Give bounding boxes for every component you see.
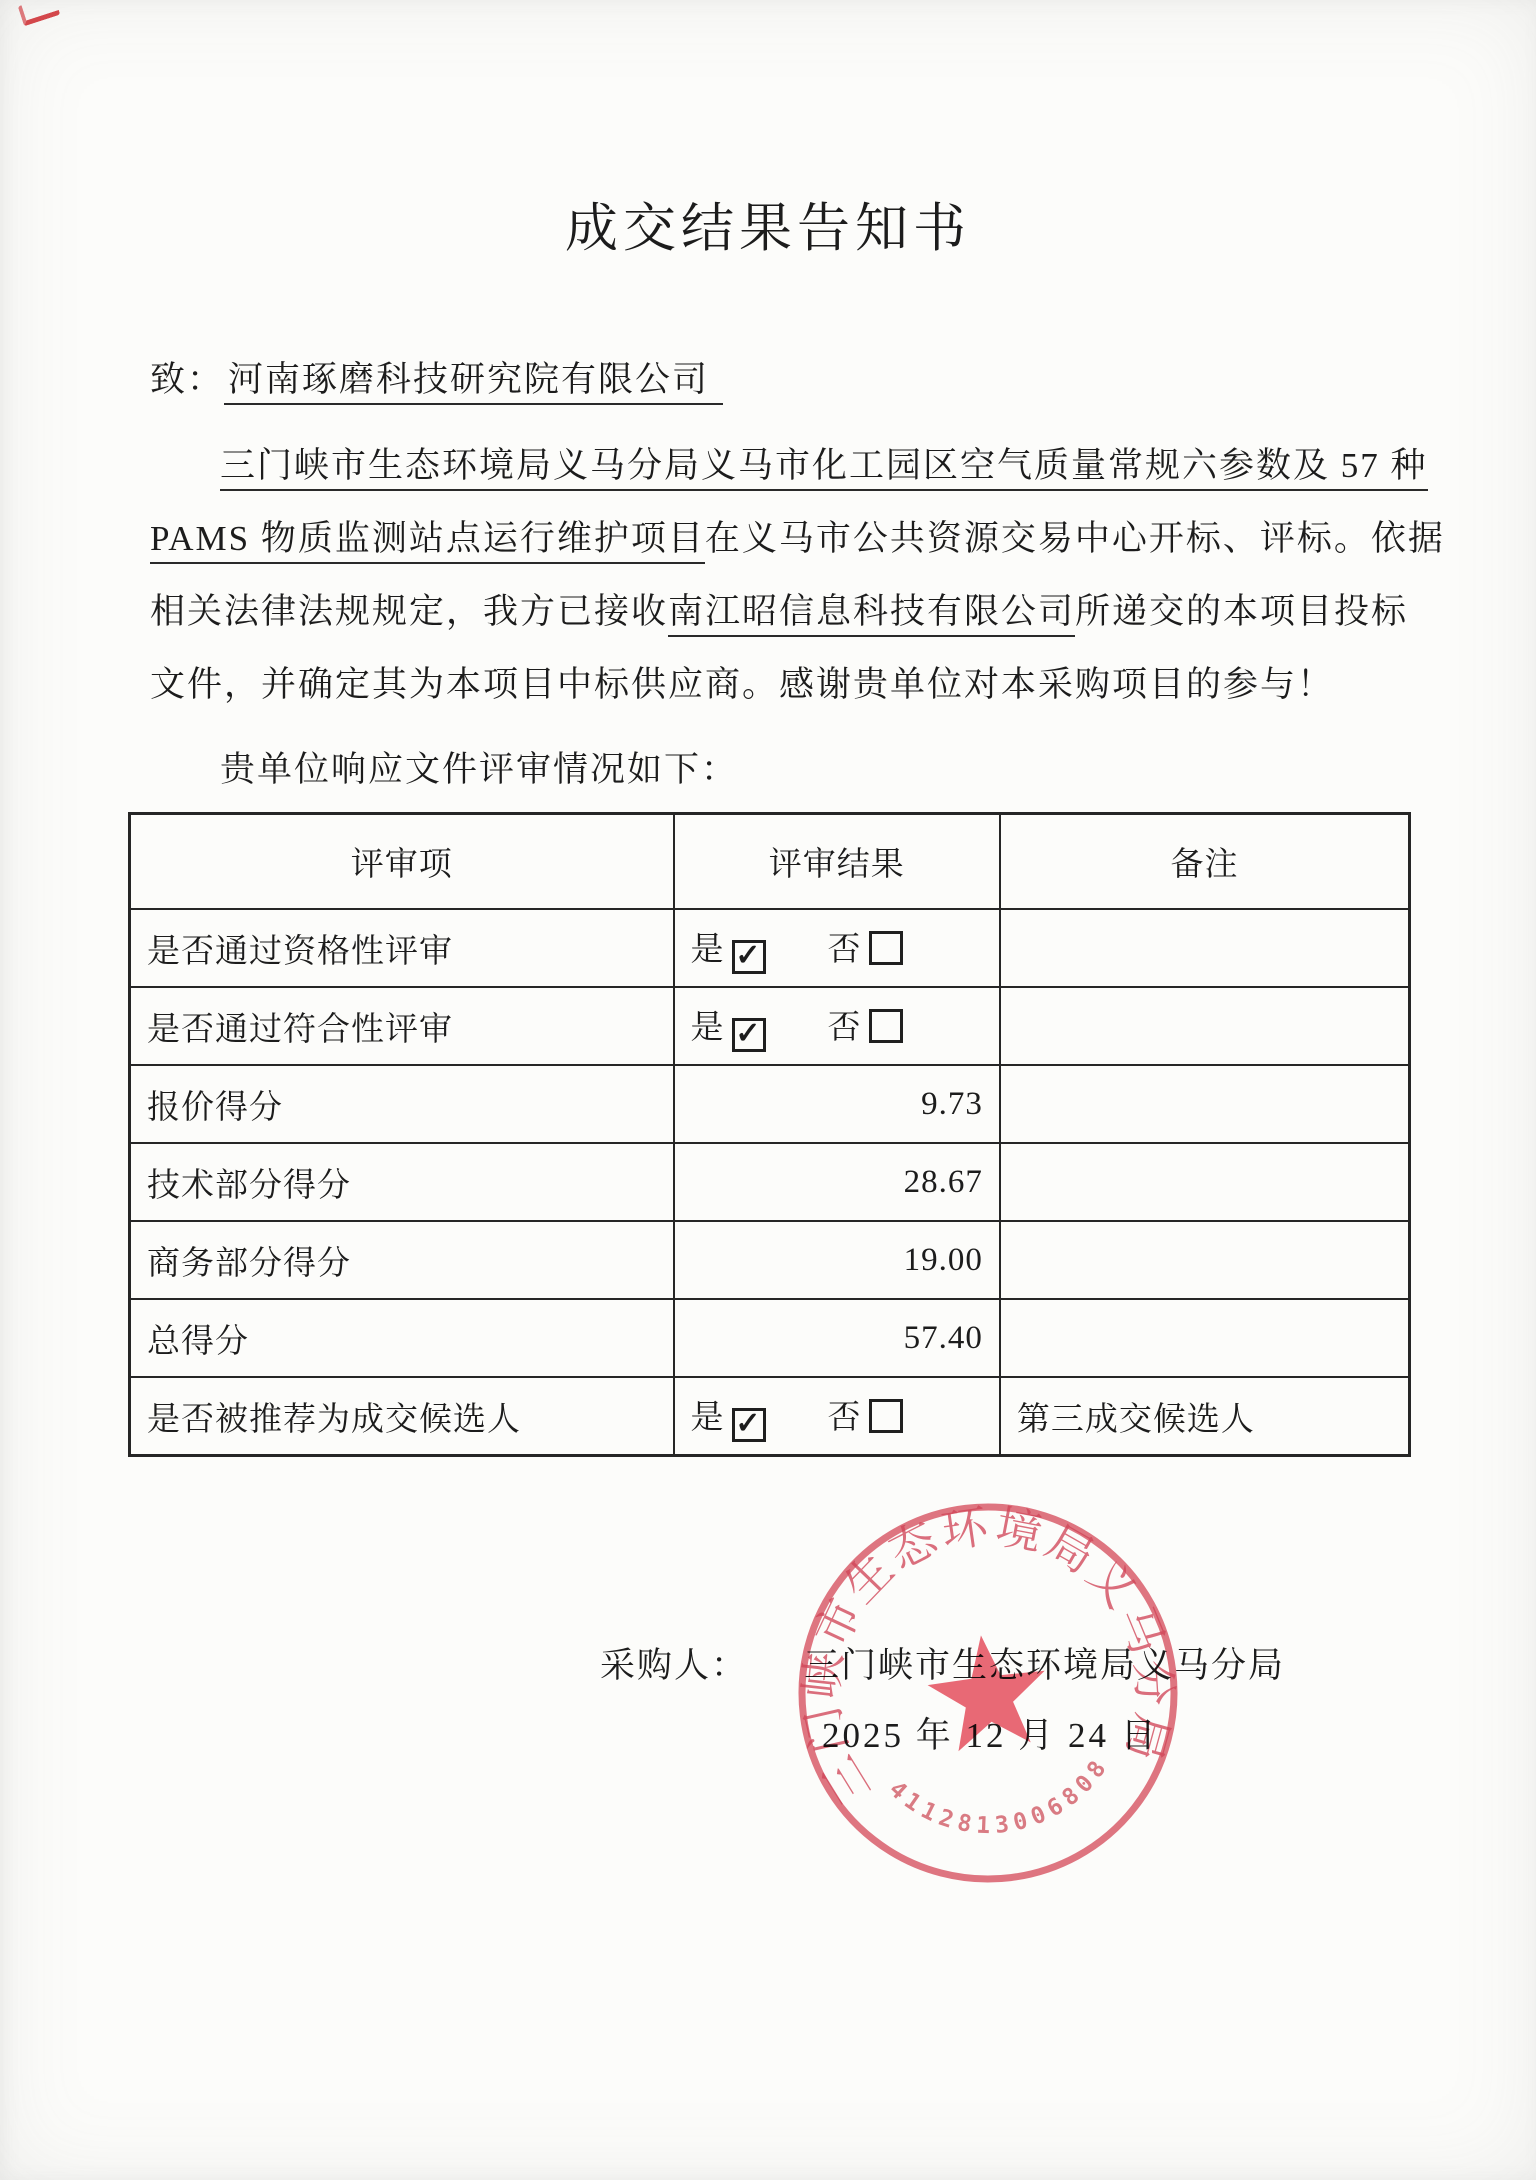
no-unchecked-checkbox-icon bbox=[869, 1399, 903, 1433]
table-row: 技术部分得分28.67 bbox=[130, 1143, 1410, 1221]
salutation-prefix: 致： bbox=[150, 360, 224, 399]
no-label: 否 bbox=[828, 932, 862, 968]
item-cell: 报价得分 bbox=[130, 1065, 674, 1143]
salutation-line: 致：河南琢磨科技研究院有限公司 bbox=[150, 352, 723, 402]
body-paragraph: 三门峡市生态环境局义马分局义马市化工园区空气质量常规六参数及 57 种 PAMS… bbox=[150, 436, 1420, 728]
body-line-3-pre: 相关法律法规规定，我方已接收 bbox=[150, 592, 668, 631]
body-line-1: 三门峡市生态环境局义马分局义马市化工园区空气质量常规六参数及 57 种 bbox=[150, 436, 1420, 509]
result-checkbox-cell: 是✓否 bbox=[674, 1377, 1000, 1456]
table-header-cell-1: 评审结果 bbox=[674, 814, 1000, 910]
item-cell: 是否被推荐为成交候选人 bbox=[130, 1377, 674, 1456]
result-checkbox-cell: 是✓否 bbox=[674, 909, 1000, 987]
remark-cell bbox=[1000, 1065, 1410, 1143]
table-row: 是否通过符合性评审是✓否 bbox=[130, 987, 1410, 1065]
body-line-4-text: 文件，并确定其为本项目中标供应商。感谢贵单位对本采购项目的参与！ bbox=[150, 665, 1334, 704]
review-note-line: 贵单位响应文件评审情况如下： bbox=[150, 742, 1420, 792]
document-title: 成交结果告知书 bbox=[0, 186, 1536, 262]
project-name-part2: PAMS 物质监测站点运行维护项目 bbox=[150, 519, 705, 564]
table-row: 总得分57.40 bbox=[130, 1299, 1410, 1377]
item-cell: 是否通过资格性评审 bbox=[130, 909, 674, 987]
no-option: 否 bbox=[828, 1001, 903, 1048]
item-cell: 技术部分得分 bbox=[130, 1143, 674, 1221]
no-label: 否 bbox=[828, 1400, 862, 1436]
body-line-4: 文件，并确定其为本项目中标供应商。感谢贵单位对本采购项目的参与！ bbox=[150, 655, 1420, 728]
table-row: 商务部分得分19.00 bbox=[130, 1221, 1410, 1299]
result-score-cell: 19.00 bbox=[674, 1221, 1000, 1299]
no-unchecked-checkbox-icon bbox=[869, 1009, 903, 1043]
body-line-3: 相关法律法规规定，我方已接收南江昭信息科技有限公司所递交的本项目投标 bbox=[150, 582, 1420, 655]
project-name-part1: 三门峡市生态环境局义马分局义马市化工园区空气质量常规六参数及 57 种 bbox=[220, 446, 1428, 491]
recipient-name: 河南琢磨科技研究院有限公司 bbox=[224, 360, 723, 405]
remark-cell bbox=[1000, 1299, 1410, 1377]
seal-ring-icon bbox=[781, 1486, 1196, 1901]
no-option: 否 bbox=[828, 923, 903, 970]
seal-number-text: 4112813006808 bbox=[882, 1751, 1118, 1852]
remark-cell: 第三成交候选人 bbox=[1000, 1377, 1410, 1456]
table-row: 报价得分9.73 bbox=[130, 1065, 1410, 1143]
remark-cell bbox=[1000, 987, 1410, 1065]
buyer-label: 采购人： bbox=[600, 1646, 748, 1685]
winner-company-name: 南江昭信息科技有限公司 bbox=[668, 592, 1075, 637]
remark-cell bbox=[1000, 909, 1410, 987]
no-label: 否 bbox=[828, 1010, 862, 1046]
scan-artifact-mark bbox=[18, 0, 61, 26]
remark-cell bbox=[1000, 1143, 1410, 1221]
body-line-2: PAMS 物质监测站点运行维护项目在义马市公共资源交易中心开标、评标。依据 bbox=[150, 509, 1420, 582]
table-row: 是否通过资格性评审是✓否 bbox=[130, 909, 1410, 987]
yes-checked-checkbox-icon: ✓ bbox=[732, 1018, 766, 1052]
result-checkbox-cell: 是✓否 bbox=[674, 987, 1000, 1065]
yes-option: 是✓ bbox=[691, 1001, 766, 1052]
yes-label: 是 bbox=[691, 1400, 725, 1436]
result-score-cell: 9.73 bbox=[674, 1065, 1000, 1143]
table-header-cell-0: 评审项 bbox=[130, 814, 674, 910]
buyer-line: 采购人：三门峡市生态环境局义马分局 bbox=[600, 1638, 1285, 1688]
yes-option: 是✓ bbox=[691, 1391, 766, 1442]
evaluation-table: 评审项评审结果备注 是否通过资格性评审是✓否是否通过符合性评审是✓否报价得分9.… bbox=[128, 812, 1411, 1457]
body-line-3-post: 所递交的本项目投标 bbox=[1075, 592, 1408, 631]
no-option: 否 bbox=[828, 1391, 903, 1438]
date-line: 2025 年 12 月 24 日 bbox=[822, 1708, 1159, 1758]
table-header-row: 评审项评审结果备注 bbox=[130, 814, 1410, 910]
result-score-cell: 28.67 bbox=[674, 1143, 1000, 1221]
remark-cell bbox=[1000, 1221, 1410, 1299]
yes-checked-checkbox-icon: ✓ bbox=[732, 1408, 766, 1442]
buyer-name: 三门峡市生态环境局义马分局 bbox=[804, 1646, 1285, 1685]
yes-label: 是 bbox=[691, 1010, 725, 1046]
yes-option: 是✓ bbox=[691, 923, 766, 974]
item-cell: 是否通过符合性评审 bbox=[130, 987, 674, 1065]
result-score-cell: 57.40 bbox=[674, 1299, 1000, 1377]
body-line-2-text: 在义马市公共资源交易中心开标、评标。依据 bbox=[705, 519, 1445, 558]
no-unchecked-checkbox-icon bbox=[869, 931, 903, 965]
yes-checked-checkbox-icon: ✓ bbox=[732, 940, 766, 974]
official-seal: 三门峡市生态环境局义马分局 4112813006808 bbox=[763, 1468, 1213, 1918]
table-row: 是否被推荐为成交候选人是✓否第三成交候选人 bbox=[130, 1377, 1410, 1456]
item-cell: 总得分 bbox=[130, 1299, 674, 1377]
table-header-cell-2: 备注 bbox=[1000, 814, 1410, 910]
item-cell: 商务部分得分 bbox=[130, 1221, 674, 1299]
yes-label: 是 bbox=[691, 932, 725, 968]
